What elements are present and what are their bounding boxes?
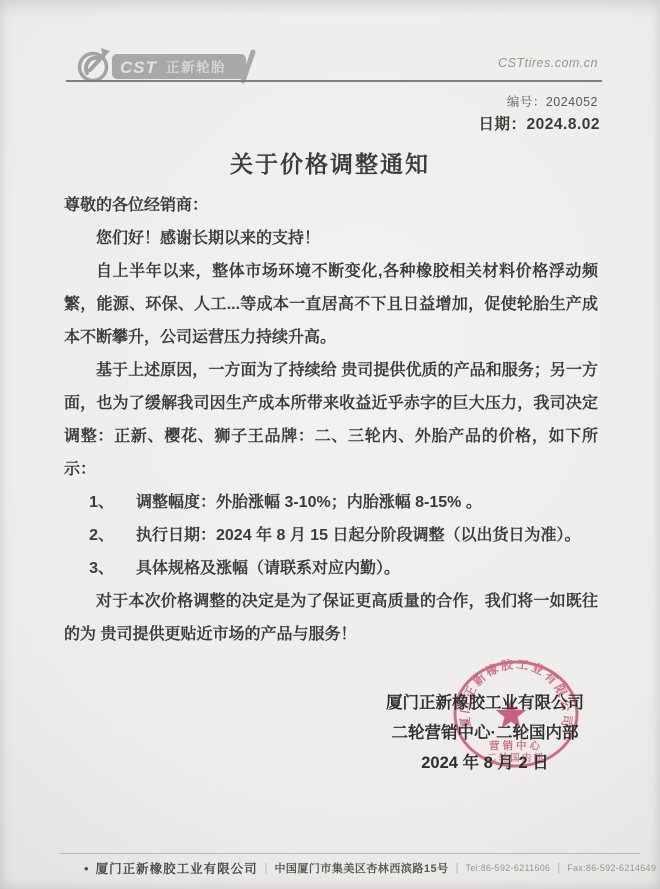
paragraph-closing: 对于本次价格调整的决定是为了保证更高质量的合作，我们将一如既往的为 贵司提供更贴… xyxy=(64,585,598,651)
footer-separator: | xyxy=(557,862,560,874)
list-item-specs: 3、 具体规格及涨幅（请联系对应内勤）。 xyxy=(64,552,598,585)
doc-number-value: 2024052 xyxy=(546,95,598,109)
paragraph-market: 自上半年以来，整体市场环境不断变化,各种橡胶相关材料价格浮动频繁，能源、环保、人… xyxy=(64,255,598,354)
list-number: 3、 xyxy=(64,552,136,585)
footer: • 厦门正新橡胶工业有限公司 | 中国厦门市集美区杏林西滨路15号 | Tel:… xyxy=(84,859,644,877)
list-number: 2、 xyxy=(64,519,136,552)
salutation: 尊敬的各位经销商： xyxy=(64,189,598,222)
footer-company: 厦门正新橡胶工业有限公司 xyxy=(96,859,258,877)
doc-date-label: 日期： xyxy=(479,116,527,133)
page-title: 关于价格调整通知 xyxy=(0,146,660,179)
signature-department: 二轮营销中心·二轮国内部 xyxy=(365,718,605,748)
footer-separator: | xyxy=(456,862,459,874)
list-text: 执行日期：2024 年 8 月 15 日起分阶段调整（以出货日为准）。 xyxy=(136,519,598,552)
logo-brand-text: 正新轮胎 xyxy=(166,59,226,75)
signature-date: 2024 年 8 月 2 日 xyxy=(365,748,605,778)
website-url: CSTtires.com.cn xyxy=(498,56,598,70)
doc-date: 日期：2024.8.02 xyxy=(479,112,600,134)
paragraph-reason: 基于上述原因，一方面为了持续给 贵司提供优质的产品和服务；另一方面，也为了缓解我… xyxy=(64,354,598,486)
notice-body: 尊敬的各位经销商： 您们好！感谢长期以来的支持！ 自上半年以来，整体市场环境不断… xyxy=(64,189,598,651)
footer-divider xyxy=(60,853,640,854)
footer-separator: | xyxy=(265,862,268,874)
footer-fax: Fax:86-592-6214649 xyxy=(567,863,656,873)
doc-date-value: 2024.8.02 xyxy=(527,116,600,133)
list-text: 调整幅度：外胎涨幅 3-10%；内胎涨幅 8-15% 。 xyxy=(136,486,598,519)
list-item-date: 2、 执行日期：2024 年 8 月 15 日起分阶段调整（以出货日为准）。 xyxy=(64,519,598,552)
logo-cst-text: CST xyxy=(120,58,158,77)
list-number: 1、 xyxy=(64,486,136,519)
footer-address: 中国厦门市集美区杏林西滨路15号 xyxy=(274,860,448,876)
list-text: 具体规格及涨幅（请联系对应内勤）。 xyxy=(136,552,598,585)
header-divider xyxy=(66,80,602,82)
doc-number: 编号：2024052 xyxy=(507,92,598,110)
footer-bullet: • xyxy=(84,861,89,876)
footer-tel: Tel:86-592-6211606 xyxy=(466,863,551,873)
document-page: CST 正新轮胎 CSTtires.com.cn 编号：2024052 日期：2… xyxy=(0,0,660,889)
cst-logo: CST 正新轮胎 xyxy=(74,45,264,92)
greeting: 您们好！感谢长期以来的支持！ xyxy=(64,222,598,255)
signature-company: 厦门正新橡胶工业有限公司 xyxy=(365,688,605,718)
list-item-range: 1、 调整幅度：外胎涨幅 3-10%；内胎涨幅 8-15% 。 xyxy=(64,486,598,519)
doc-number-label: 编号： xyxy=(507,95,546,109)
signature-block: 厦门正新橡胶工业有限公司 二轮营销中心·二轮国内部 2024 年 8 月 2 日 xyxy=(365,688,605,778)
